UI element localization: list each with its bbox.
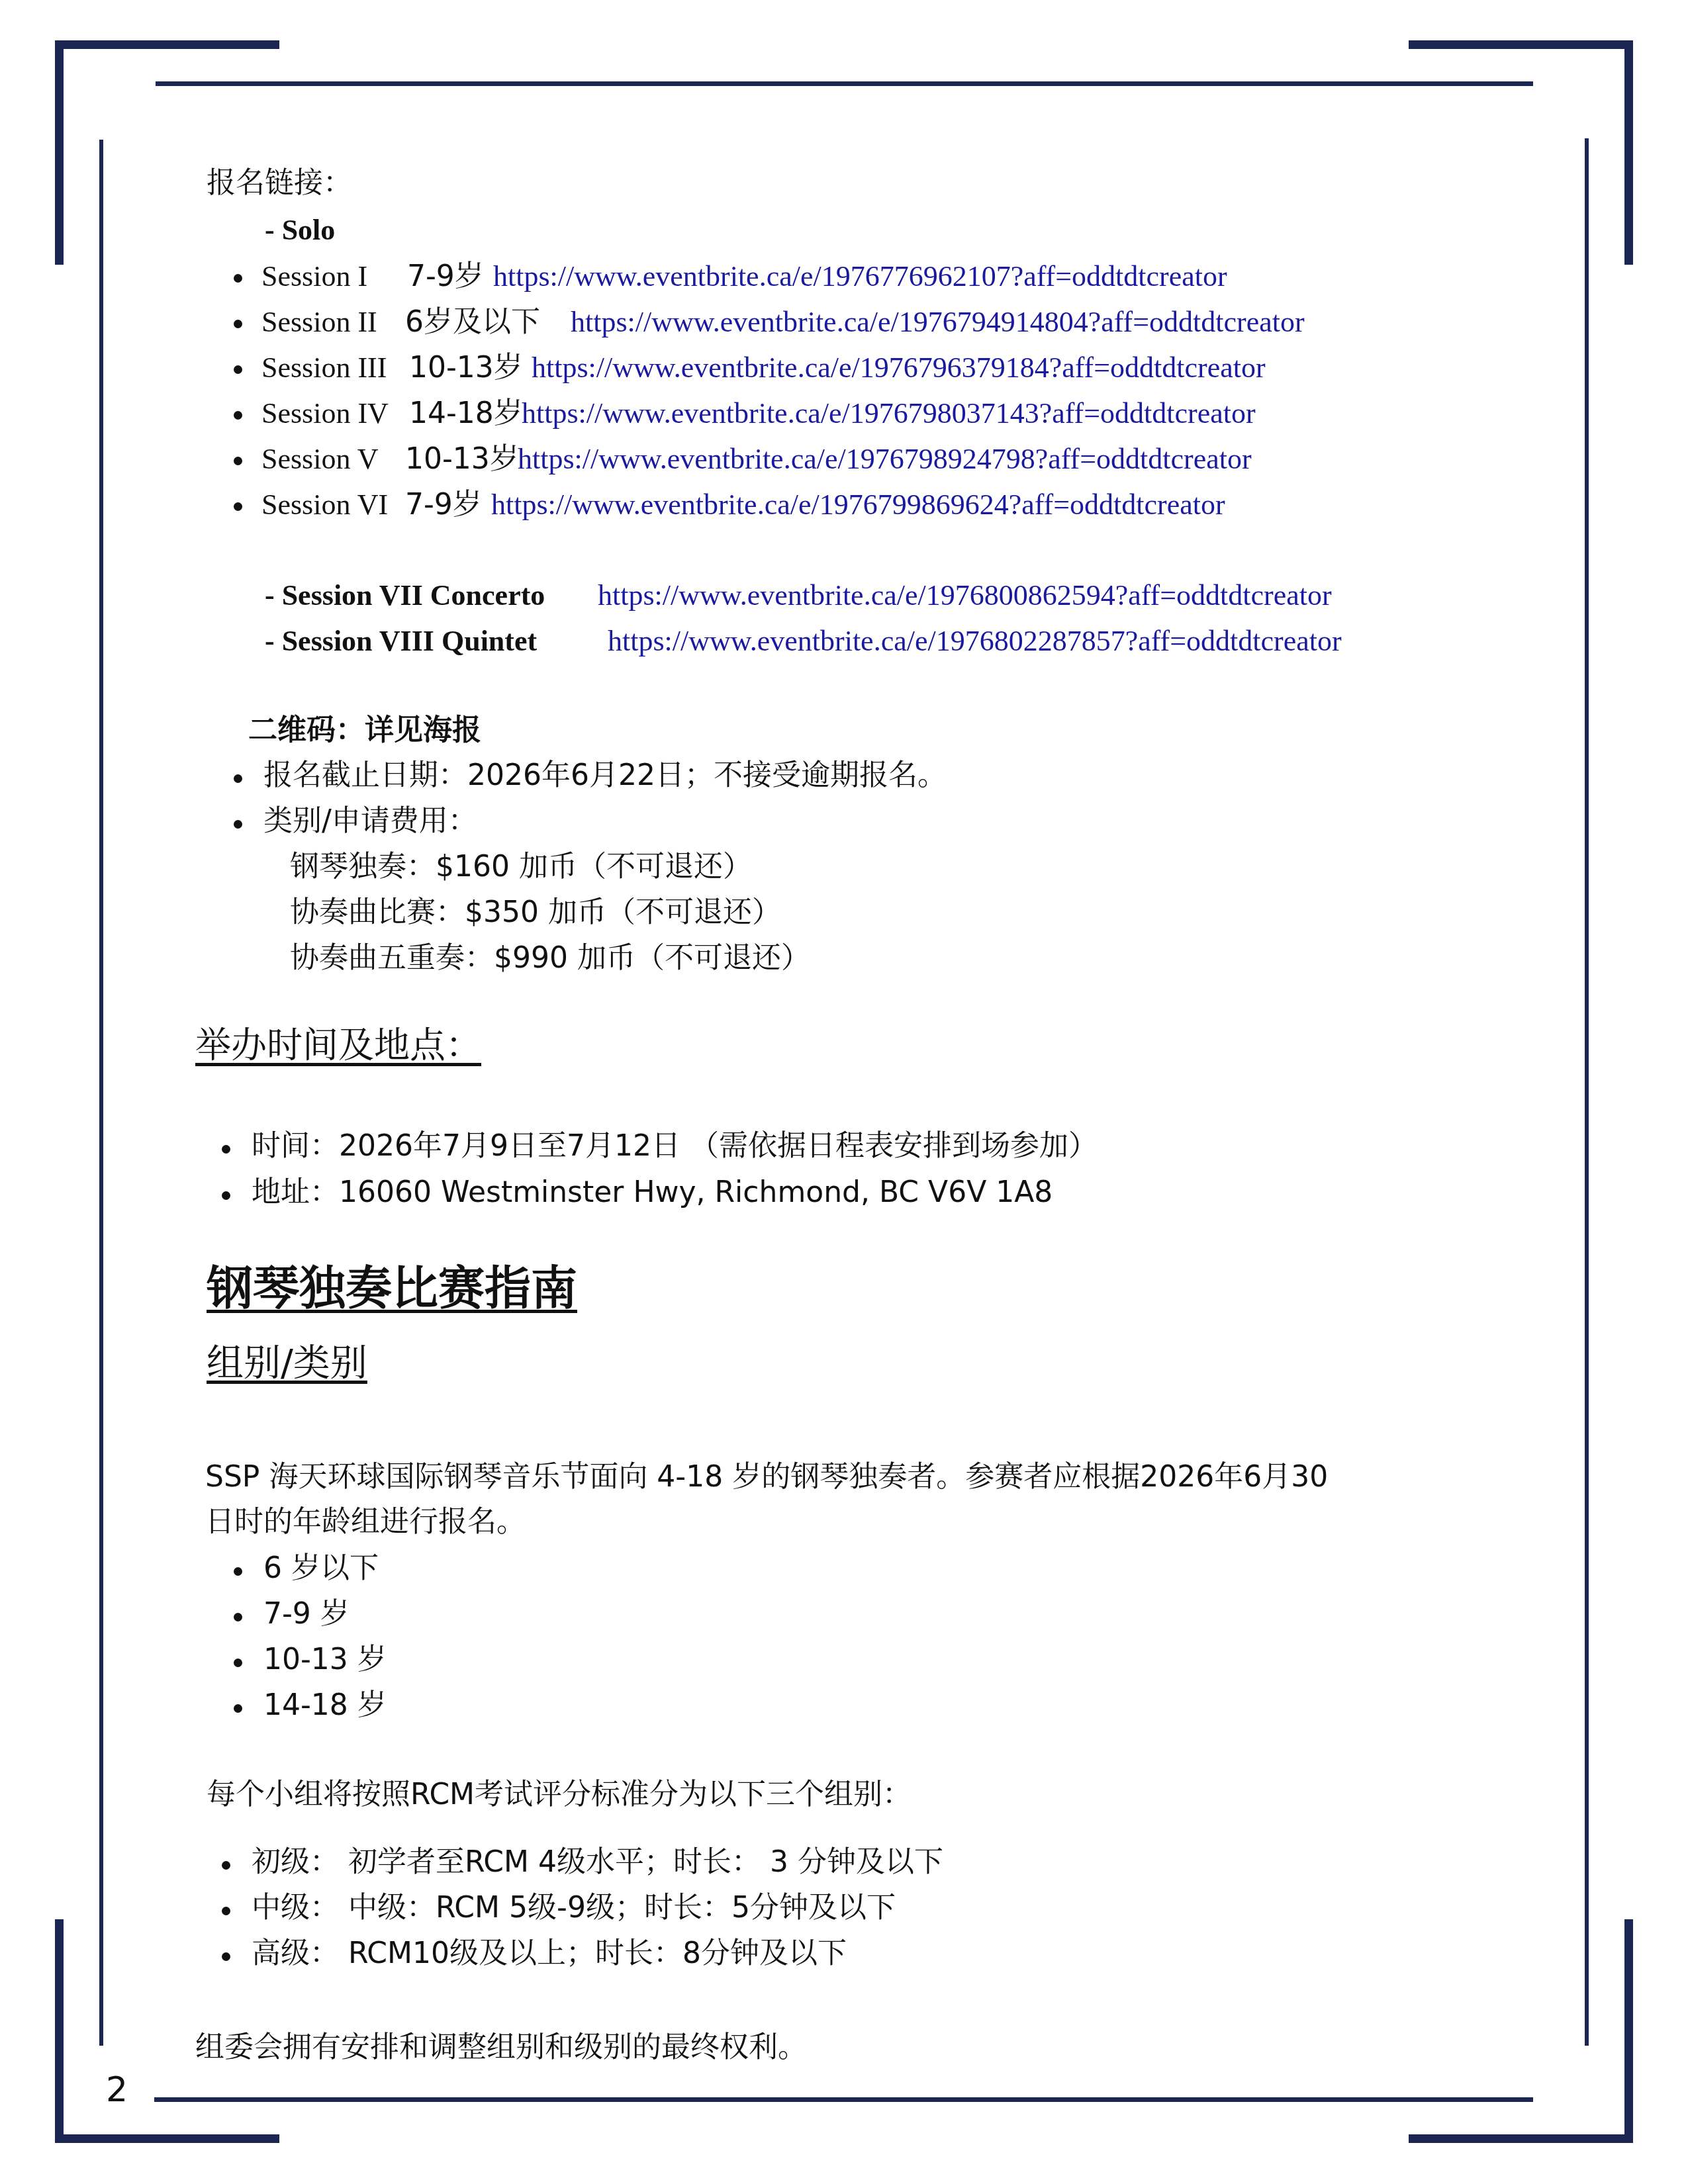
fee-quintet: 协奏曲五重奏：$990 加币（不可退还）	[290, 944, 810, 973]
frame-top-left-horizontal	[55, 40, 279, 49]
bullet-icon	[234, 1567, 242, 1576]
event-address: 地址：16060 Westminster Hwy, Richmond, BC V…	[252, 1178, 1053, 1207]
bullet-icon	[222, 1145, 230, 1154]
registration-deadline: 报名截止日期：2026年6月22日；不接受逾期报名。	[263, 761, 947, 790]
quintet-label: - Session VIII Quintet	[265, 627, 537, 656]
bullet-icon	[234, 274, 242, 283]
frame-bottom-right-vertical	[1624, 1919, 1633, 2143]
levels-intro: 每个小组将按照RCM考试评分标准分为以下三个组别：	[207, 1780, 912, 1809]
registration-title: 报名链接：	[207, 169, 352, 198]
session-link[interactable]: https://www.eventbrite.ca/e/197679986962…	[491, 490, 1225, 520]
bullet-icon	[234, 1704, 242, 1713]
footer-rule	[154, 2097, 1533, 2102]
bullet-icon	[234, 457, 242, 465]
age-group-item: 14-18 岁	[263, 1691, 387, 1720]
level-item: 高级： RCM10级及以上；时长：8分钟及以下	[252, 1939, 847, 1968]
session-age: 10-13岁	[409, 353, 523, 383]
fee-solo: 钢琴独奏：$160 加币（不可退还）	[290, 852, 752, 882]
frame-bottom-left-horizontal	[55, 2134, 279, 2143]
guide-heading: 钢琴独奏比赛指南	[207, 1265, 577, 1312]
bullet-icon	[234, 1659, 242, 1667]
bullet-icon	[234, 820, 242, 829]
concerto-label: - Session VII Concerto	[265, 581, 545, 610]
frame-top-left-vertical	[55, 40, 64, 265]
page-number: 2	[106, 2073, 128, 2107]
guide-subheading: 组别/类别	[207, 1345, 367, 1382]
bullet-icon	[234, 320, 242, 328]
solo-label: - Solo	[265, 216, 335, 245]
quintet-link[interactable]: https://www.eventbrite.ca/e/197680228785…	[608, 627, 1342, 656]
level-item: 初级： 初学者至RCM 4级水平；时长： 3 分钟及以下	[252, 1848, 943, 1877]
venue-heading: 举办时间及地点：	[195, 1028, 481, 1064]
frame-bottom-right-horizontal	[1409, 2134, 1633, 2143]
age-group-item: 6 岁以下	[263, 1554, 379, 1583]
age-group-item: 10-13 岁	[263, 1645, 387, 1674]
session-age: 14-18岁	[409, 399, 523, 428]
fees-title: 类别/申请费用：	[263, 807, 477, 836]
age-group-item: 7-9 岁	[263, 1600, 350, 1629]
fee-concerto: 协奏曲比赛：$350 加币（不可退还）	[290, 898, 781, 927]
bullet-icon	[222, 1952, 230, 1961]
inner-right-rule	[1585, 138, 1589, 2046]
bullet-icon	[222, 1191, 230, 1200]
session-age: 6岁及以下	[405, 308, 540, 337]
session-label: Session I	[261, 262, 367, 291]
level-item: 中级： 中级：RCM 5级-9级；时长：5分钟及以下	[252, 1893, 896, 1923]
session-label: Session VI	[261, 490, 388, 520]
session-age: 7-9岁	[407, 262, 484, 291]
bullet-icon	[234, 411, 242, 420]
header-rule	[156, 81, 1533, 86]
session-link[interactable]: https://www.eventbrite.ca/e/197679892479…	[518, 445, 1252, 474]
session-label: Session III	[261, 353, 387, 383]
frame-top-right-vertical	[1624, 40, 1633, 265]
bullet-icon	[234, 1613, 242, 1621]
bullet-icon	[234, 502, 242, 511]
frame-bottom-left-vertical	[55, 1919, 64, 2143]
bullet-icon	[234, 774, 242, 783]
frame-top-right-horizontal	[1409, 40, 1633, 49]
bullet-icon	[222, 1861, 230, 1870]
session-link[interactable]: https://www.eventbrite.ca/e/197679491480…	[571, 308, 1305, 337]
bullet-icon	[234, 365, 242, 374]
session-age: 10-13岁	[405, 445, 519, 474]
session-label: Session II	[261, 308, 377, 337]
session-link[interactable]: https://www.eventbrite.ca/e/197679803714…	[522, 399, 1256, 428]
event-time: 时间：2026年7月9日至7月12日 （需依据日程表安排到场参加）	[252, 1132, 1098, 1161]
session-age: 7-9岁	[405, 490, 482, 520]
guide-intro-line2: 日时的年龄组进行报名。	[205, 1508, 526, 1537]
concerto-link[interactable]: https://www.eventbrite.ca/e/197680086259…	[598, 581, 1332, 610]
inner-left-rule	[99, 140, 103, 2046]
qr-code-note: 二维码：详见海报	[248, 716, 481, 745]
organizer-note: 组委会拥有安排和调整组别和级别的最终权利。	[195, 2033, 807, 2062]
session-label: Session V	[261, 445, 378, 474]
session-link[interactable]: https://www.eventbrite.ca/e/197679637918…	[532, 353, 1266, 383]
session-link[interactable]: https://www.eventbrite.ca/e/197677696210…	[493, 262, 1227, 291]
bullet-icon	[222, 1907, 230, 1915]
guide-intro-line1: SSP 海天环球国际钢琴音乐节面向 4-18 岁的钢琴独奏者。参赛者应根据202…	[205, 1463, 1328, 1492]
session-label: Session IV	[261, 399, 389, 428]
